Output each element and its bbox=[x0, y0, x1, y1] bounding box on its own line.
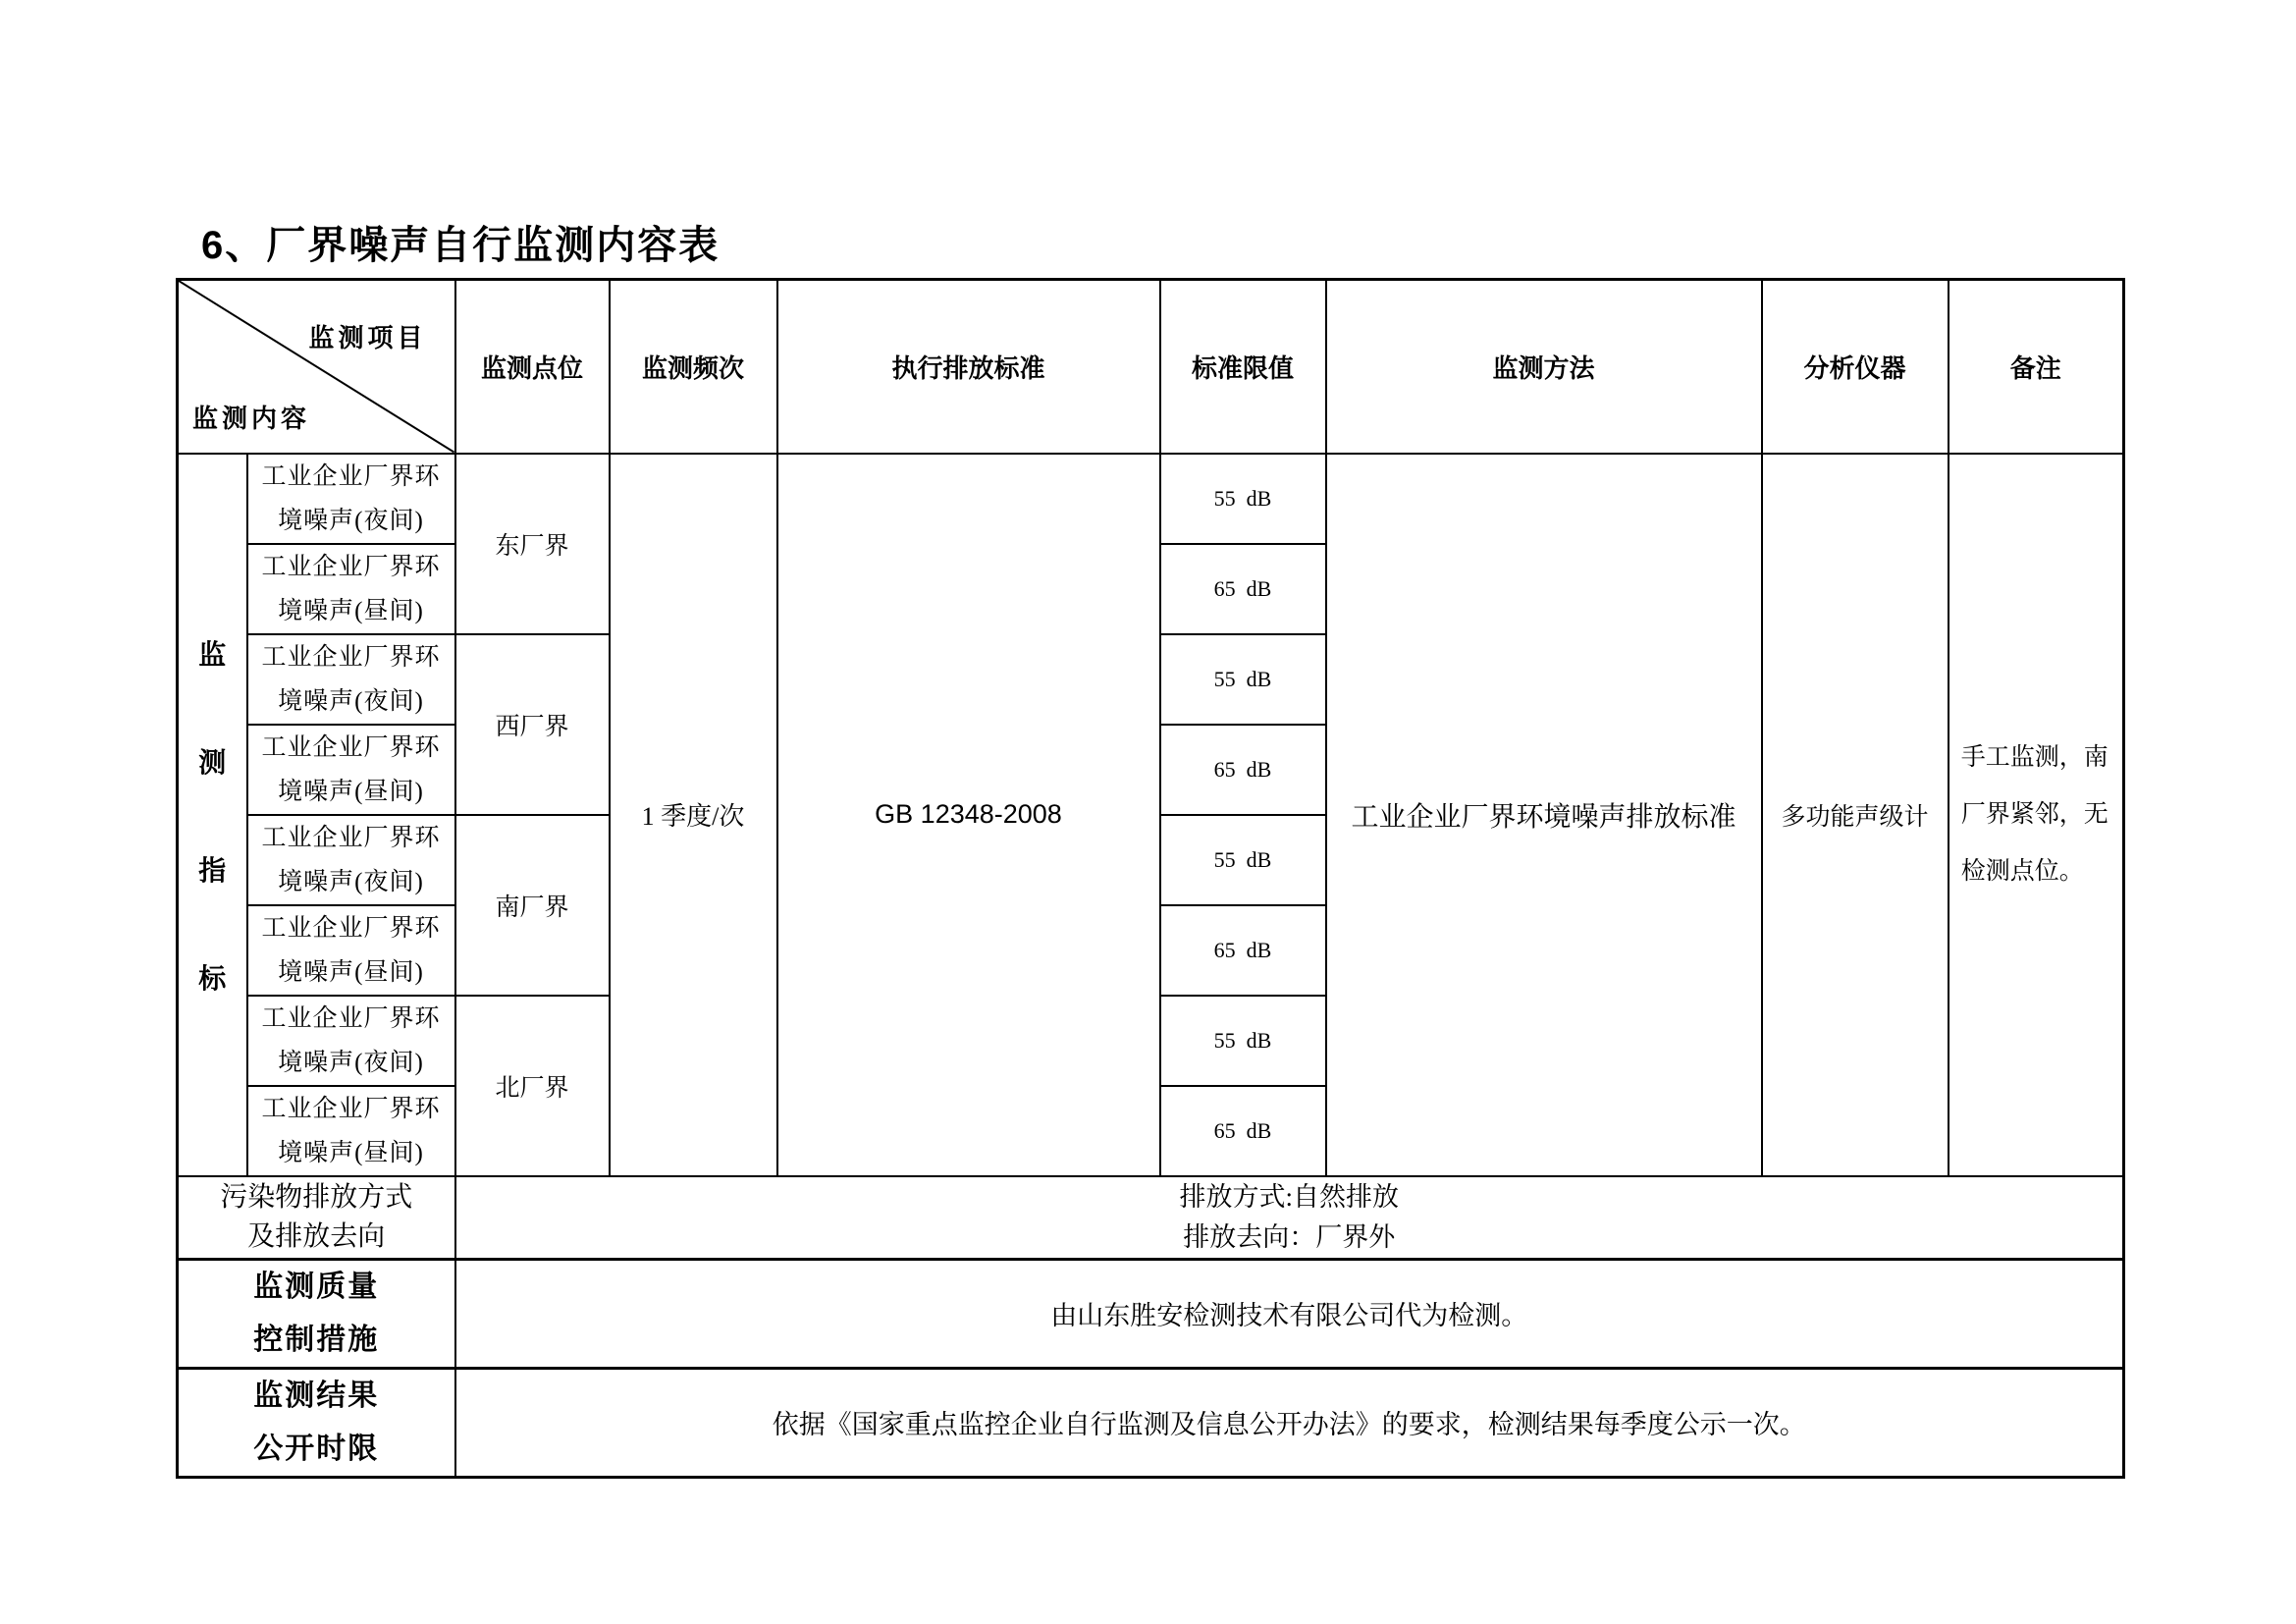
limit-value-cell: 55 dB bbox=[1160, 454, 1326, 544]
quality-control-row: 监测质量 控制措施 由山东胜安检测技术有限公司代为检测。 bbox=[178, 1259, 2124, 1368]
limit-value-cell: 65 dB bbox=[1160, 905, 1326, 996]
disclosure-label: 监测结果 公开时限 bbox=[178, 1368, 455, 1477]
discharge-label: 污染物排放方式 及排放去向 bbox=[178, 1176, 455, 1260]
header-monitoring-point: 监测点位 bbox=[455, 280, 610, 454]
monitoring-content-cell: 工业企业厂界环境噪声(昼间) bbox=[247, 725, 455, 815]
noise-monitoring-table: 监测项目 监测内容 监测点位 监测频次 执行排放标准 标准限值 监测方法 分析仪… bbox=[176, 278, 2125, 1479]
point-west-boundary: 西厂界 bbox=[455, 634, 610, 815]
analysis-instrument-value: 多功能声级计 bbox=[1762, 454, 1949, 1176]
remark-value: 手工监测，南厂界紧邻，无检测点位。 bbox=[1949, 454, 2124, 1176]
header-remark: 备注 bbox=[1949, 280, 2124, 454]
point-north-boundary: 北厂界 bbox=[455, 996, 610, 1176]
diagonal-header-cell: 监测项目 监测内容 bbox=[178, 280, 455, 454]
disclosure-value: 依据《国家重点监控企业自行监测及信息公开办法》的要求，检测结果每季度公示一次。 bbox=[455, 1368, 2124, 1477]
limit-value-cell: 65 dB bbox=[1160, 1086, 1326, 1176]
limit-value-cell: 65 dB bbox=[1160, 725, 1326, 815]
header-monitoring-item: 监测项目 bbox=[308, 318, 426, 354]
limit-value-cell: 55 dB bbox=[1160, 634, 1326, 725]
discharge-value: 排放方式:自然排放 排放去向：厂界外 bbox=[455, 1176, 2124, 1260]
monitoring-indicator-label: 监 测 指 标 bbox=[178, 454, 247, 1176]
point-east-boundary: 东厂界 bbox=[455, 454, 610, 634]
header-row: 监测项目 监测内容 监测点位 监测频次 执行排放标准 标准限值 监测方法 分析仪… bbox=[178, 280, 2124, 454]
document-page: 6、厂界噪声自行监测内容表 监测项目 监测内容 监测点位 监测频次 执行排放标准… bbox=[0, 0, 2296, 1624]
monitoring-method-value: 工业企业厂界环境噪声排放标准 bbox=[1326, 454, 1762, 1176]
emission-standard-value: GB 12348-2008 bbox=[777, 454, 1160, 1176]
header-standard-limit: 标准限值 bbox=[1160, 280, 1326, 454]
monitoring-content-cell: 工业企业厂界环境噪声(昼间) bbox=[247, 905, 455, 996]
monitoring-content-cell: 工业企业厂界环境噪声(昼间) bbox=[247, 544, 455, 634]
monitoring-content-cell: 工业企业厂界环境噪声(夜间) bbox=[247, 815, 455, 905]
monitoring-content-cell: 工业企业厂界环境噪声(昼间) bbox=[247, 1086, 455, 1176]
header-emission-standard: 执行排放标准 bbox=[777, 280, 1160, 454]
quality-control-label: 监测质量 控制措施 bbox=[178, 1259, 455, 1368]
point-south-boundary: 南厂界 bbox=[455, 815, 610, 996]
limit-value-cell: 65 dB bbox=[1160, 544, 1326, 634]
disclosure-row: 监测结果 公开时限 依据《国家重点监控企业自行监测及信息公开办法》的要求，检测结… bbox=[178, 1368, 2124, 1477]
quality-control-value: 由山东胜安检测技术有限公司代为检测。 bbox=[455, 1259, 2124, 1368]
table-row: 监 测 指 标 工业企业厂界环境噪声(夜间) 东厂界 1 季度/次 GB 123… bbox=[178, 454, 2124, 544]
page-title: 6、厂界噪声自行监测内容表 bbox=[201, 214, 720, 270]
header-analysis-instrument: 分析仪器 bbox=[1762, 280, 1949, 454]
discharge-row: 污染物排放方式 及排放去向 排放方式:自然排放 排放去向：厂界外 bbox=[178, 1176, 2124, 1260]
monitoring-content-cell: 工业企业厂界环境噪声(夜间) bbox=[247, 634, 455, 725]
limit-value-cell: 55 dB bbox=[1160, 996, 1326, 1086]
monitoring-frequency-value: 1 季度/次 bbox=[610, 454, 777, 1176]
monitoring-content-cell: 工业企业厂界环境噪声(夜间) bbox=[247, 454, 455, 544]
header-monitoring-frequency: 监测频次 bbox=[610, 280, 777, 454]
monitoring-content-cell: 工业企业厂界环境噪声(夜间) bbox=[247, 996, 455, 1086]
header-monitoring-method: 监测方法 bbox=[1326, 280, 1762, 454]
limit-value-cell: 55 dB bbox=[1160, 815, 1326, 905]
header-monitoring-content: 监测内容 bbox=[192, 399, 310, 435]
